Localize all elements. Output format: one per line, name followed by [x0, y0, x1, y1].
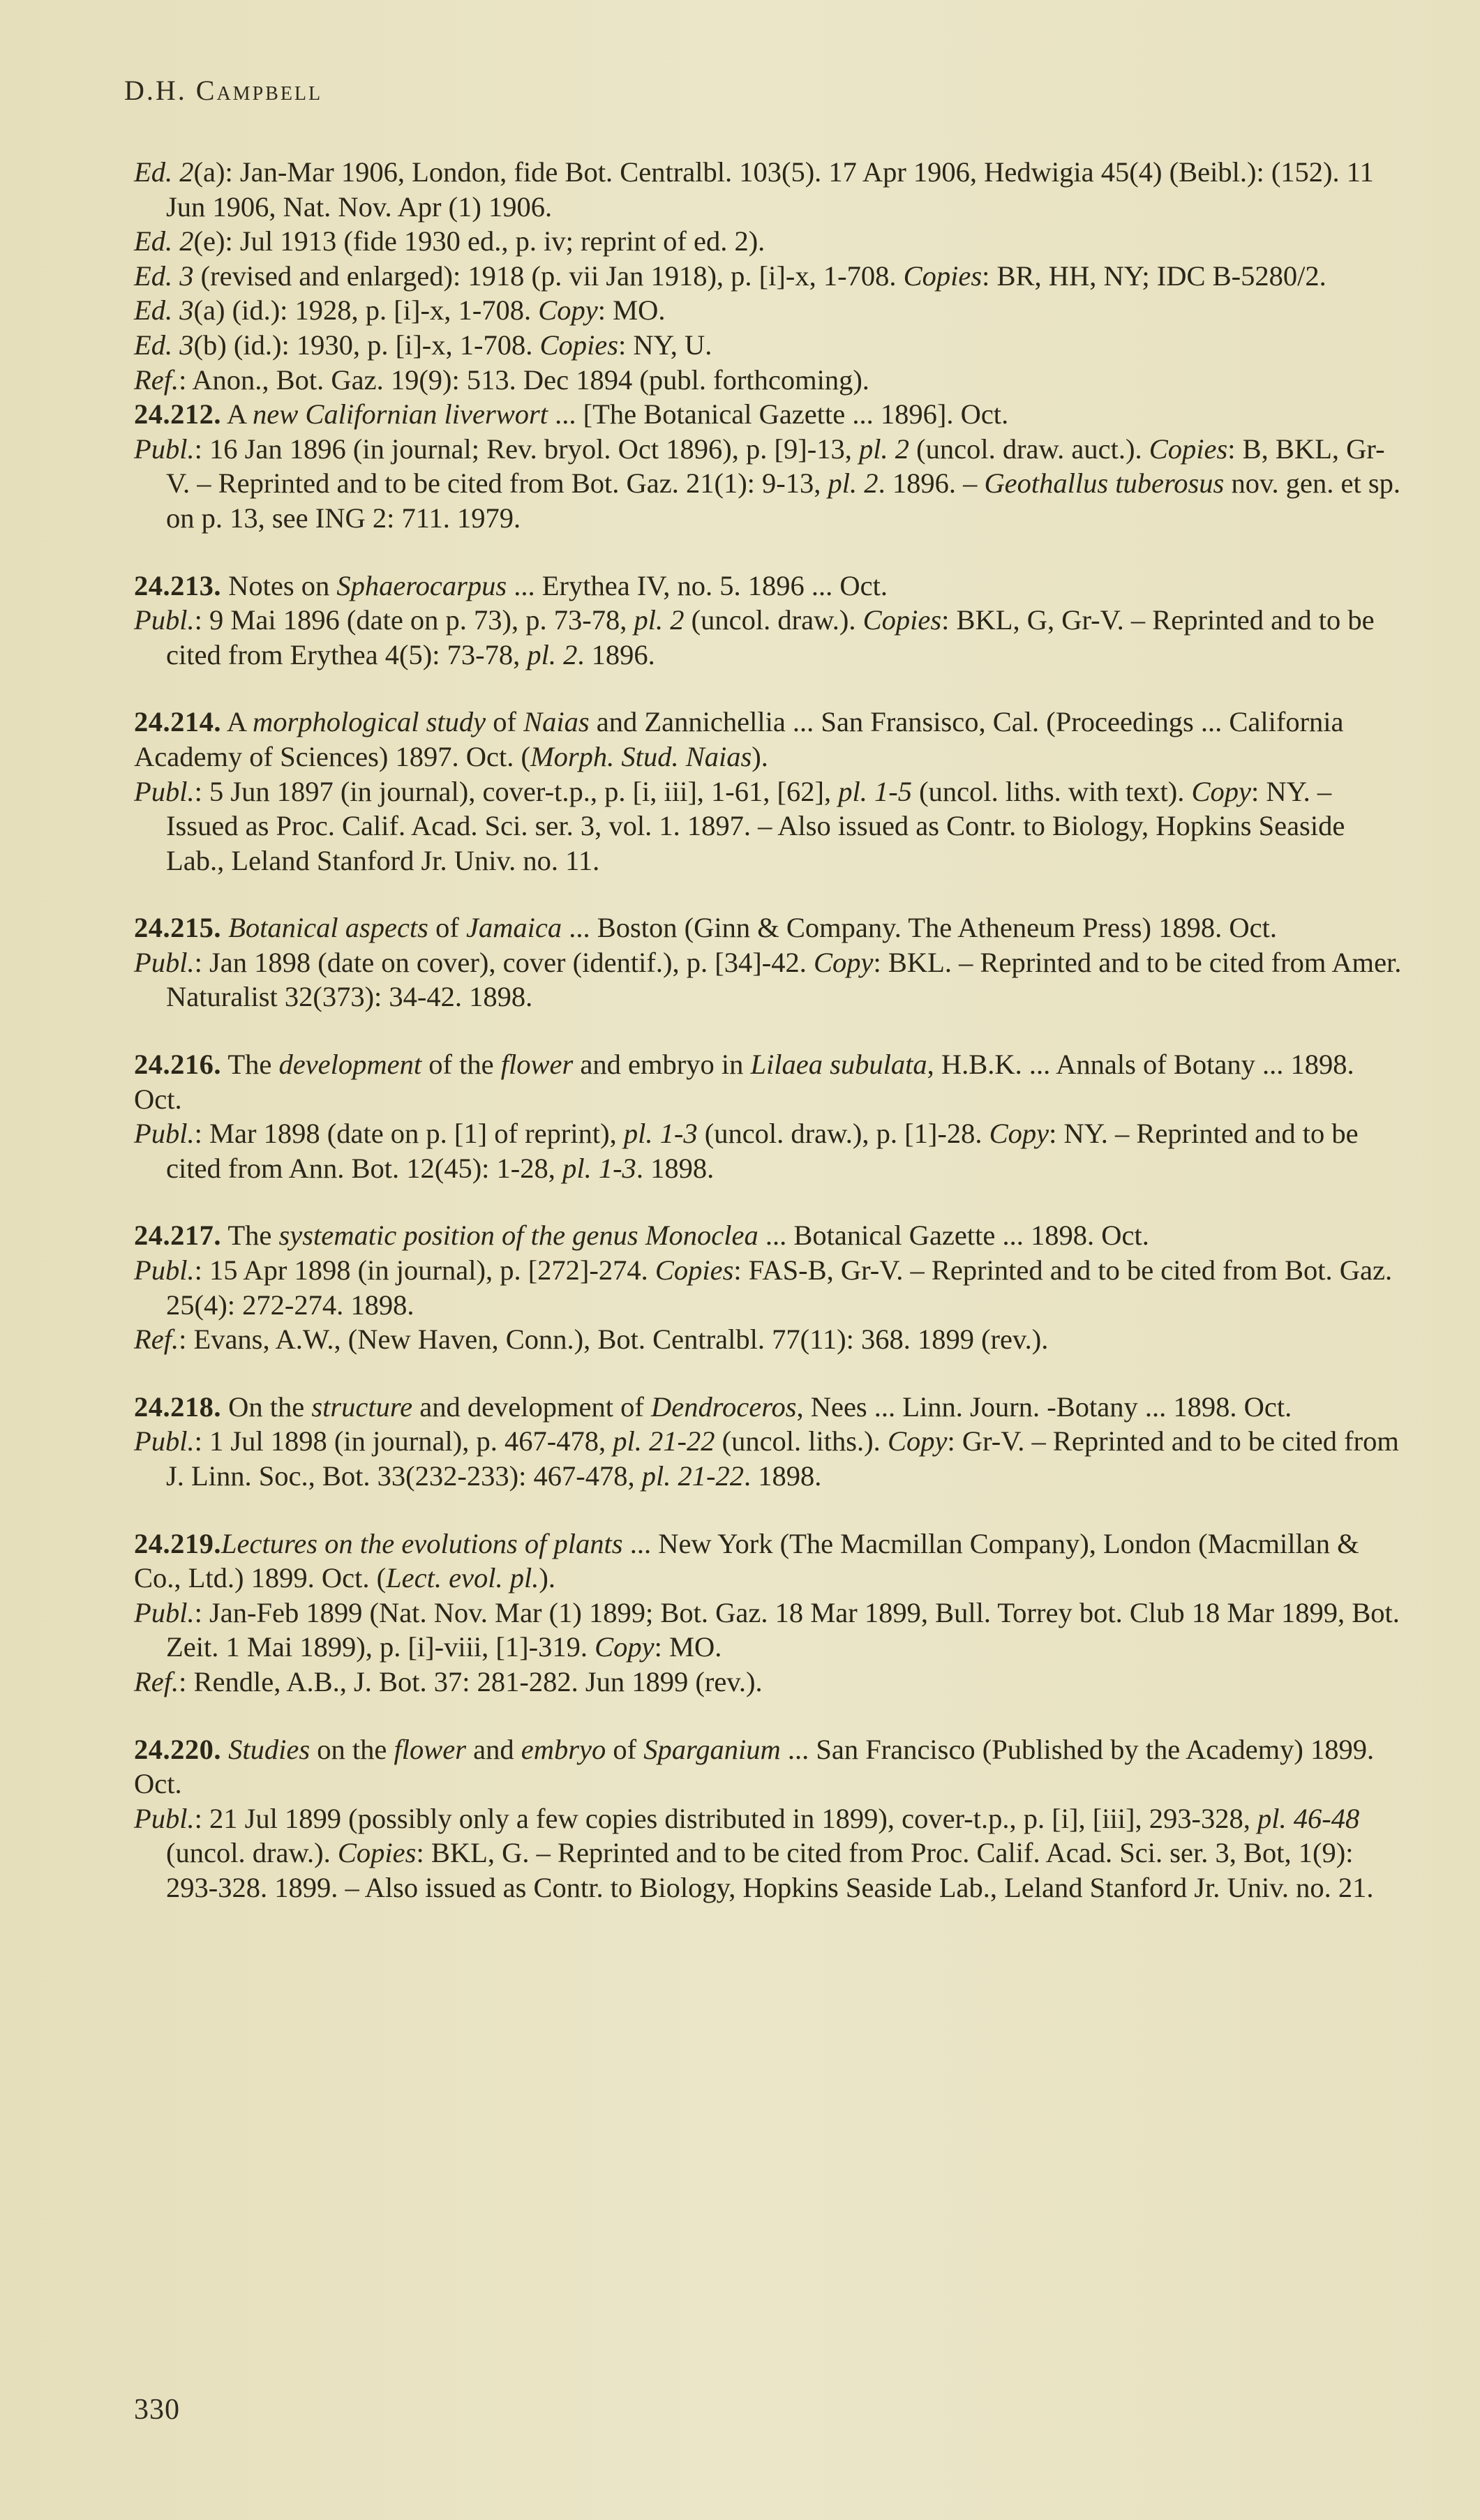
entry-title: 24.218. On the structure and development… [134, 1390, 1408, 1425]
bibliography-entry: 24.218. On the structure and development… [134, 1390, 1408, 1494]
bibliography-entry: 24.213. Notes on Sphaerocarpus ... Eryth… [134, 569, 1408, 673]
running-head: D.H. Campbell [124, 74, 322, 107]
page-number: 330 [134, 2393, 180, 2427]
entry-title: 24.219.Lectures on the evolutions of pla… [134, 1527, 1408, 1596]
bibliography-entries: 24.212. A new Californian liverwort ... … [134, 397, 1408, 1905]
bibliography-entry: 24.216. The development of the flower an… [134, 1047, 1408, 1185]
entry-detail: Publ.: 1 Jul 1898 (in journal), p. 467-4… [134, 1424, 1408, 1493]
edition-line: Ed. 2(e): Jul 1913 (fide 1930 ed., p. iv… [134, 224, 1408, 259]
edition-line: Ed. 3(a) (id.): 1928, p. [i]-x, 1-708. C… [134, 293, 1408, 328]
bibliography-entry: 24.219.Lectures on the evolutions of pla… [134, 1527, 1408, 1700]
entry-detail: Publ.: Jan 1898 (date on cover), cover (… [134, 945, 1408, 1014]
entry-number: 24.217. [134, 1220, 221, 1251]
bibliography-entry: 24.220. Studies on the flower and embryo… [134, 1732, 1408, 1905]
entry-title: 24.212. A new Californian liverwort ... … [134, 397, 1408, 432]
entry-number: 24.213. [134, 570, 221, 601]
entry-detail: Publ.: 9 Mai 1896 (date on p. 73), p. 73… [134, 603, 1408, 672]
entry-detail: Ref.: Rendle, A.B., J. Bot. 37: 281-282.… [134, 1665, 1408, 1700]
entry-title: 24.217. The systematic position of the g… [134, 1218, 1408, 1253]
entry-detail: Ref.: Evans, A.W., (New Haven, Conn.), B… [134, 1322, 1408, 1357]
entry-number: 24.216. [134, 1049, 221, 1080]
entry-number: 24.215. [134, 912, 221, 943]
bibliography-entry: 24.217. The systematic position of the g… [134, 1218, 1408, 1356]
entry-detail: Publ.: 16 Jan 1896 (in journal; Rev. bry… [134, 432, 1408, 536]
entry-title: 24.213. Notes on Sphaerocarpus ... Eryth… [134, 569, 1408, 603]
entry-detail: Publ.: 5 Jun 1897 (in journal), cover-t.… [134, 774, 1408, 878]
edition-line: Ed. 3 (revised and enlarged): 1918 (p. v… [134, 259, 1408, 294]
edition-line: Ref.: Anon., Bot. Gaz. 19(9): 513. Dec 1… [134, 363, 1408, 398]
entry-number: 24.212. [134, 398, 221, 430]
entry-number: 24.218. [134, 1391, 221, 1423]
bibliography-entry: 24.214. A morphological study of Naias a… [134, 705, 1408, 878]
entry-title: 24.220. Studies on the flower and embryo… [134, 1732, 1408, 1801]
entry-title: 24.215. Botanical aspects of Jamaica ...… [134, 910, 1408, 945]
preamble-editions: Ed. 2(a): Jan-Mar 1906, London, fide Bot… [134, 155, 1408, 397]
entry-detail: Publ.: 21 Jul 1899 (possibly only a few … [134, 1801, 1408, 1905]
entry-number: 24.220. [134, 1734, 221, 1765]
entry-detail: Publ.: 15 Apr 1898 (in journal), p. [272… [134, 1253, 1408, 1322]
edition-line: Ed. 3(b) (id.): 1930, p. [i]-x, 1-708. C… [134, 328, 1408, 363]
page-body: Ed. 2(a): Jan-Mar 1906, London, fide Bot… [134, 155, 1408, 1905]
entry-title: 24.216. The development of the flower an… [134, 1047, 1408, 1116]
bibliography-entry: 24.212. A new Californian liverwort ... … [134, 397, 1408, 535]
entry-detail: Publ.: Jan-Feb 1899 (Nat. Nov. Mar (1) 1… [134, 1596, 1408, 1665]
edition-line: Ed. 2(a): Jan-Mar 1906, London, fide Bot… [134, 155, 1408, 224]
bibliography-entry: 24.215. Botanical aspects of Jamaica ...… [134, 910, 1408, 1014]
entry-number: 24.214. [134, 706, 221, 737]
entry-detail: Publ.: Mar 1898 (date on p. [1] of repri… [134, 1116, 1408, 1185]
entry-title: 24.214. A morphological study of Naias a… [134, 705, 1408, 774]
entry-number: 24.219. [134, 1528, 221, 1559]
